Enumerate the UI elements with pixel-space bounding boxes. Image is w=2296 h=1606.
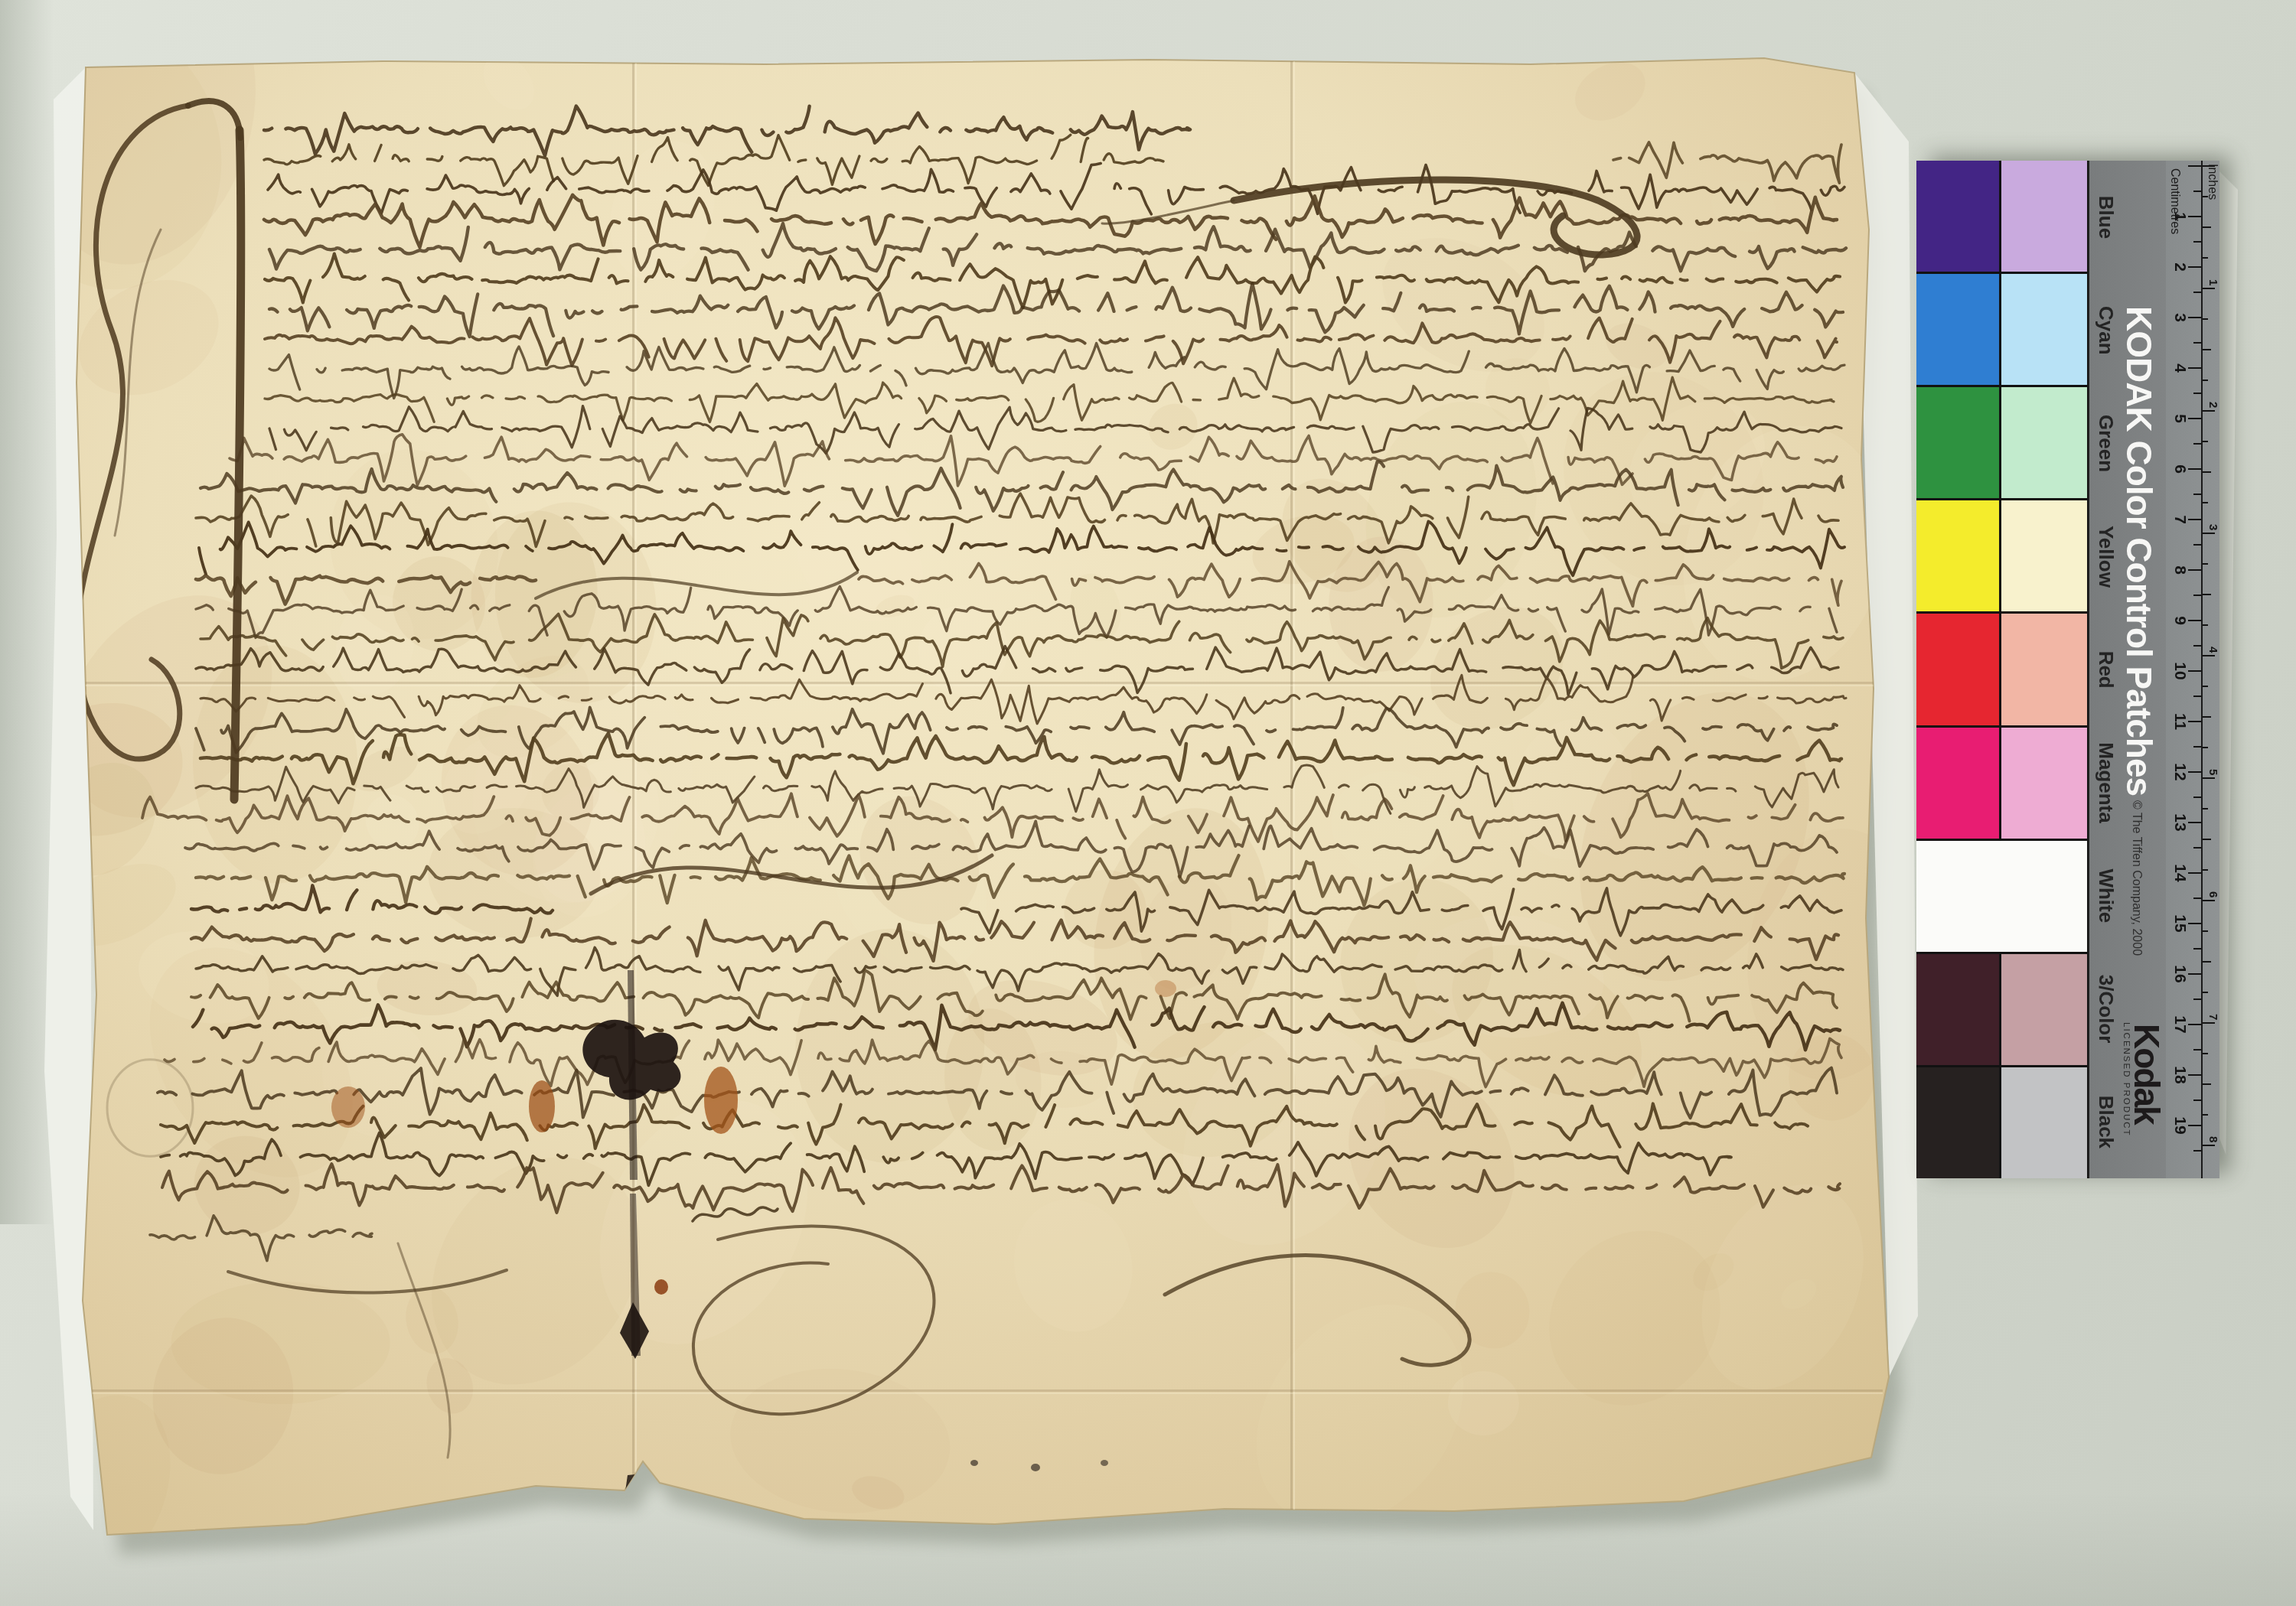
ruler-tick	[2203, 716, 2211, 718]
patch-label-white: White	[2094, 868, 2118, 923]
ruler-number: 8	[2206, 1136, 2219, 1142]
ruler-tick	[2188, 569, 2201, 571]
patch-label-magenta: Magenta	[2094, 742, 2118, 823]
patch-red-strong	[1916, 614, 1999, 725]
ruler-number: 13	[2170, 813, 2189, 831]
ruler-tick	[2203, 1114, 2208, 1116]
ruler-tick	[2203, 196, 2208, 197]
ruler-tick	[2188, 872, 2201, 874]
ruler-tick	[2193, 1049, 2201, 1051]
patch-label-blue: Blue	[2094, 196, 2118, 239]
ruler-number: 12	[2170, 763, 2189, 780]
ruler-tick	[2188, 1024, 2201, 1025]
ruler-number: 6	[2206, 891, 2219, 897]
ruler-number: 5	[2170, 414, 2189, 423]
ruler-tick	[2193, 695, 2201, 697]
ruler-label-centimetres: Centimetres	[2167, 168, 2181, 234]
ruler-tick	[2203, 992, 2208, 993]
ruler-tick	[2203, 410, 2215, 412]
ruler-tick	[2188, 468, 2201, 470]
ruler-tick	[2188, 317, 2201, 318]
ruler-tick	[2203, 257, 2208, 259]
patch-black-tint	[2001, 1067, 2087, 1178]
patch-yellow-strong	[1916, 500, 1999, 611]
ruler-tick	[2203, 533, 2215, 534]
patch-label-red: Red	[2094, 651, 2118, 689]
ruler-tick	[2193, 443, 2201, 445]
ruler-tick	[2188, 620, 2201, 621]
kodak-brand-logo: Kodak	[2126, 1024, 2167, 1124]
ruler-tick	[2203, 1022, 2215, 1024]
ruler-number: 19	[2170, 1116, 2189, 1134]
ruler-tick	[2203, 1145, 2215, 1146]
ruler-tick	[2188, 418, 2201, 419]
ruler-tick	[2203, 594, 2211, 595]
card-patch-grid	[1916, 161, 2088, 1178]
ruler-tick	[2188, 670, 2201, 672]
patch-yellow-tint	[2001, 500, 2087, 611]
ruler-tick	[2193, 796, 2201, 798]
ruler-tick	[2203, 1083, 2211, 1085]
ruler-tick	[2193, 595, 2201, 596]
ruler-tick	[2193, 241, 2201, 243]
ruler-number: 18	[2170, 1066, 2189, 1083]
patch-label-cyan: Cyan	[2094, 306, 2118, 355]
ruler-tick	[2193, 746, 2201, 748]
patch-magenta-strong	[1916, 728, 1999, 839]
ruler-tick	[2203, 869, 2208, 871]
card-ruler: Inches Centimetres 123456789101112131415…	[2166, 161, 2219, 1178]
card-title: KODAK Color Control Patches	[2118, 306, 2160, 796]
ruler-tick	[2203, 747, 2208, 748]
ruler-tick	[2203, 655, 2215, 656]
ruler-tick	[2203, 349, 2211, 350]
ruler-number: 1	[2206, 279, 2219, 285]
ruler-number: 3	[2170, 313, 2189, 322]
patch-blue-strong	[1916, 161, 1999, 272]
ruler-number: 7	[2206, 1014, 2219, 1020]
ruler-number: 14	[2170, 864, 2189, 881]
ruler-tick	[2193, 393, 2201, 394]
patch-label-black: Black	[2094, 1096, 2118, 1148]
ruler-tick	[2203, 471, 2211, 473]
ruler-number: 10	[2170, 662, 2189, 679]
ruler-tick	[2188, 771, 2201, 773]
ruler-tick	[2203, 1053, 2208, 1054]
photo-stage: Inches Centimetres 123456789101112131415…	[0, 0, 2296, 1606]
ruler-tick	[2193, 1150, 2201, 1152]
ruler-tick	[2203, 318, 2208, 320]
ruler-tick	[2193, 645, 2201, 647]
ruler-number: 1	[2170, 212, 2189, 221]
ruler-tick	[2203, 839, 2211, 840]
ruler-tick	[2193, 494, 2201, 495]
patch-green-tint	[2001, 387, 2087, 498]
ruler-number: 15	[2170, 914, 2189, 932]
ruler-tick	[2188, 923, 2201, 924]
ruler-tick	[2203, 226, 2211, 228]
ruler-tick	[2188, 216, 2201, 217]
ruler-tick	[2203, 563, 2208, 565]
ruler-number: 4	[2206, 647, 2219, 653]
patch-magenta-tint	[2001, 728, 2087, 839]
ruler-tick	[2203, 441, 2208, 442]
patch-black-strong	[1916, 1067, 1999, 1178]
ruler-tick	[2193, 191, 2201, 192]
ruler-number: 5	[2206, 769, 2219, 775]
ruler-tick	[2193, 998, 2201, 1000]
ruler-number: 16	[2170, 965, 2189, 982]
ruler-number: 8	[2170, 565, 2189, 575]
patch-blue-tint	[2001, 161, 2087, 272]
patch-green-strong	[1916, 387, 1999, 498]
ruler-tick	[2188, 973, 2201, 975]
ruler-number: 17	[2170, 1015, 2189, 1033]
ruler-number: 2	[2170, 262, 2189, 272]
ruler-tick	[2193, 1099, 2201, 1101]
ruler-tick	[2188, 1125, 2201, 1126]
patch-cyan-tint	[2001, 274, 2087, 385]
patch-label-3-color: 3/Color	[2094, 975, 2118, 1044]
ruler-number: 9	[2170, 616, 2189, 625]
ruler-tick	[2203, 165, 2215, 167]
ruler-tick	[2203, 502, 2208, 503]
ruler-number: 3	[2206, 524, 2219, 530]
ruler-tick	[2188, 822, 2201, 823]
ruler-baseline	[2201, 161, 2203, 1178]
ruler-tick	[2193, 948, 2201, 950]
patch-3-color-strong	[1916, 954, 1999, 1065]
patch-label-yellow: Yellow	[2094, 526, 2118, 588]
ruler-tick	[2203, 777, 2215, 779]
patch-3-color-tint	[2001, 954, 2087, 1065]
kodak-licensed-product: LICENSED PRODUCT	[2122, 1022, 2131, 1137]
ruler-label-inches: Inches	[2205, 164, 2219, 200]
ruler-tick	[2188, 266, 2201, 268]
ruler-number: 7	[2170, 515, 2189, 524]
ruler-tick	[2203, 961, 2211, 963]
ruler-tick	[2203, 930, 2208, 932]
patch-label-green: Green	[2094, 415, 2118, 472]
patch-white-full	[1916, 841, 2087, 952]
ruler-tick	[2203, 808, 2208, 810]
ruler-tick	[2188, 1074, 2201, 1076]
ruler-tick	[2203, 380, 2208, 381]
ruler-tick	[2203, 288, 2215, 289]
ruler-tick	[2203, 686, 2208, 687]
ruler-number: 4	[2170, 363, 2189, 373]
ruler-tick	[2193, 292, 2201, 293]
ruler-tick	[2188, 165, 2201, 167]
ruler-tick	[2193, 544, 2201, 546]
ruler-tick	[2193, 342, 2201, 344]
card-copyright: © The Tiffen Company, 2000	[2129, 800, 2143, 956]
kodak-color-card: Inches Centimetres 123456789101112131415…	[1919, 161, 2219, 1178]
ruler-tick	[2188, 519, 2201, 520]
ruler-tick	[2193, 897, 2201, 899]
ruler-tick	[2203, 900, 2215, 901]
ruler-number: 11	[2170, 713, 2189, 730]
ruler-tick	[2188, 721, 2201, 722]
ruler-tick	[2193, 847, 2201, 849]
ruler-number: 2	[2206, 402, 2219, 408]
patch-cyan-strong	[1916, 274, 1999, 385]
ruler-tick	[2203, 624, 2208, 626]
ruler-number: 6	[2170, 464, 2189, 474]
ruler-tick	[2188, 367, 2201, 369]
card-label-strip: KODAK Color Control Patches © The Tiffen…	[2088, 161, 2166, 1178]
patch-red-tint	[2001, 614, 2087, 725]
